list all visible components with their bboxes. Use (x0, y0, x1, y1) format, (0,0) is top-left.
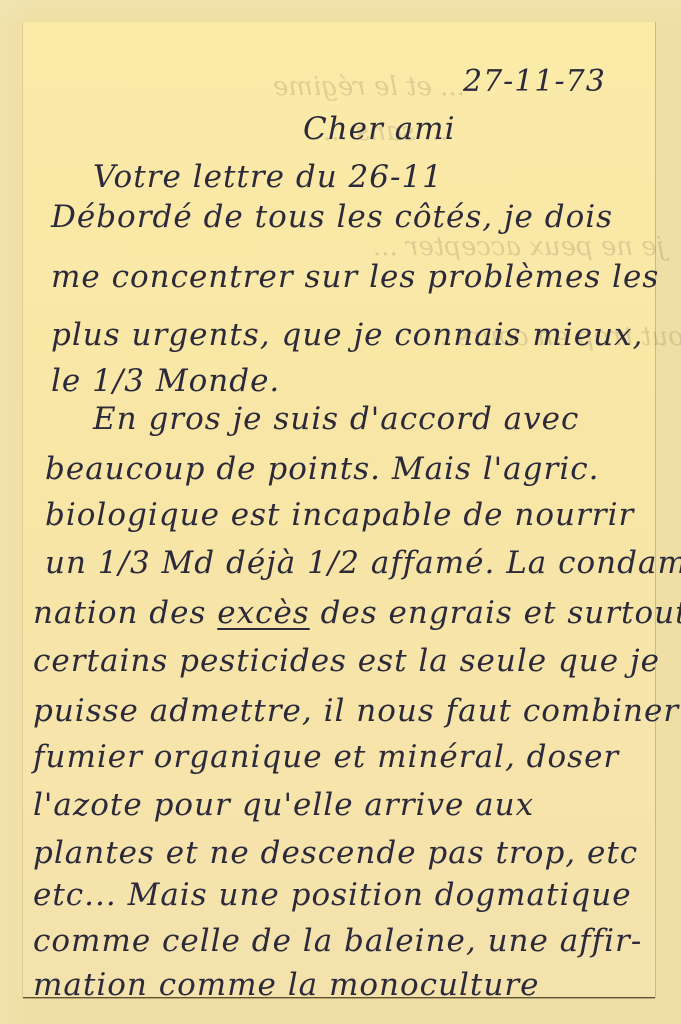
letter-line-18: mation comme la monoculture (33, 970, 540, 1001)
letter-date: 27-11-73 (463, 67, 606, 97)
letter-line-8: biologique est incapable de nourrir (45, 500, 634, 531)
letter-line-10: nation des excès des engrais et surtout (33, 598, 681, 629)
line-text: nation des (33, 595, 206, 631)
letter-line-15: plantes et ne descende pas trop, etc (33, 838, 638, 869)
letter-line-5: le 1/3 Monde. (51, 366, 280, 397)
letter-line-14: l'azote pour qu'elle arrive aux (33, 790, 534, 821)
letter-line-2: Débordé de tous les côtés, je dois (51, 202, 613, 233)
letter-sheet: ... et le régime ... sans ... je ne peux… (23, 22, 655, 998)
letter-line-13: fumier organique et minéral, doser (33, 742, 619, 773)
letter-line-12: puisse admettre, il nous faut combiner (33, 696, 679, 727)
letter-line-1: Votre lettre du 26-11 (93, 162, 443, 193)
letter-line-9: un 1/3 Md déjà 1/2 affamé. La condam- (45, 548, 681, 579)
letter-line-11: certains pesticides est la seule que je (33, 646, 660, 677)
letter-line-3: me concentrer sur les problèmes les (51, 262, 659, 293)
letter-line-4: plus urgents, que je connais mieux, (51, 320, 643, 351)
bleed-through-text: je ne peux accepter ... (373, 232, 665, 262)
letter-salutation: Cher ami (303, 114, 456, 145)
letter-line-17: comme celle de la baleine, une affir- (33, 926, 642, 957)
underlined-word: excès (217, 595, 309, 631)
letter-line-7: beaucoup de points. Mais l'agric. (45, 454, 599, 485)
letter-line-6: En gros je suis d'accord avec (93, 404, 579, 435)
letter-line-16: etc... Mais une position dogmatique (33, 880, 632, 911)
bleed-through-text: ... et le régime (273, 72, 465, 102)
line-text: des engrais et surtout (321, 595, 681, 631)
